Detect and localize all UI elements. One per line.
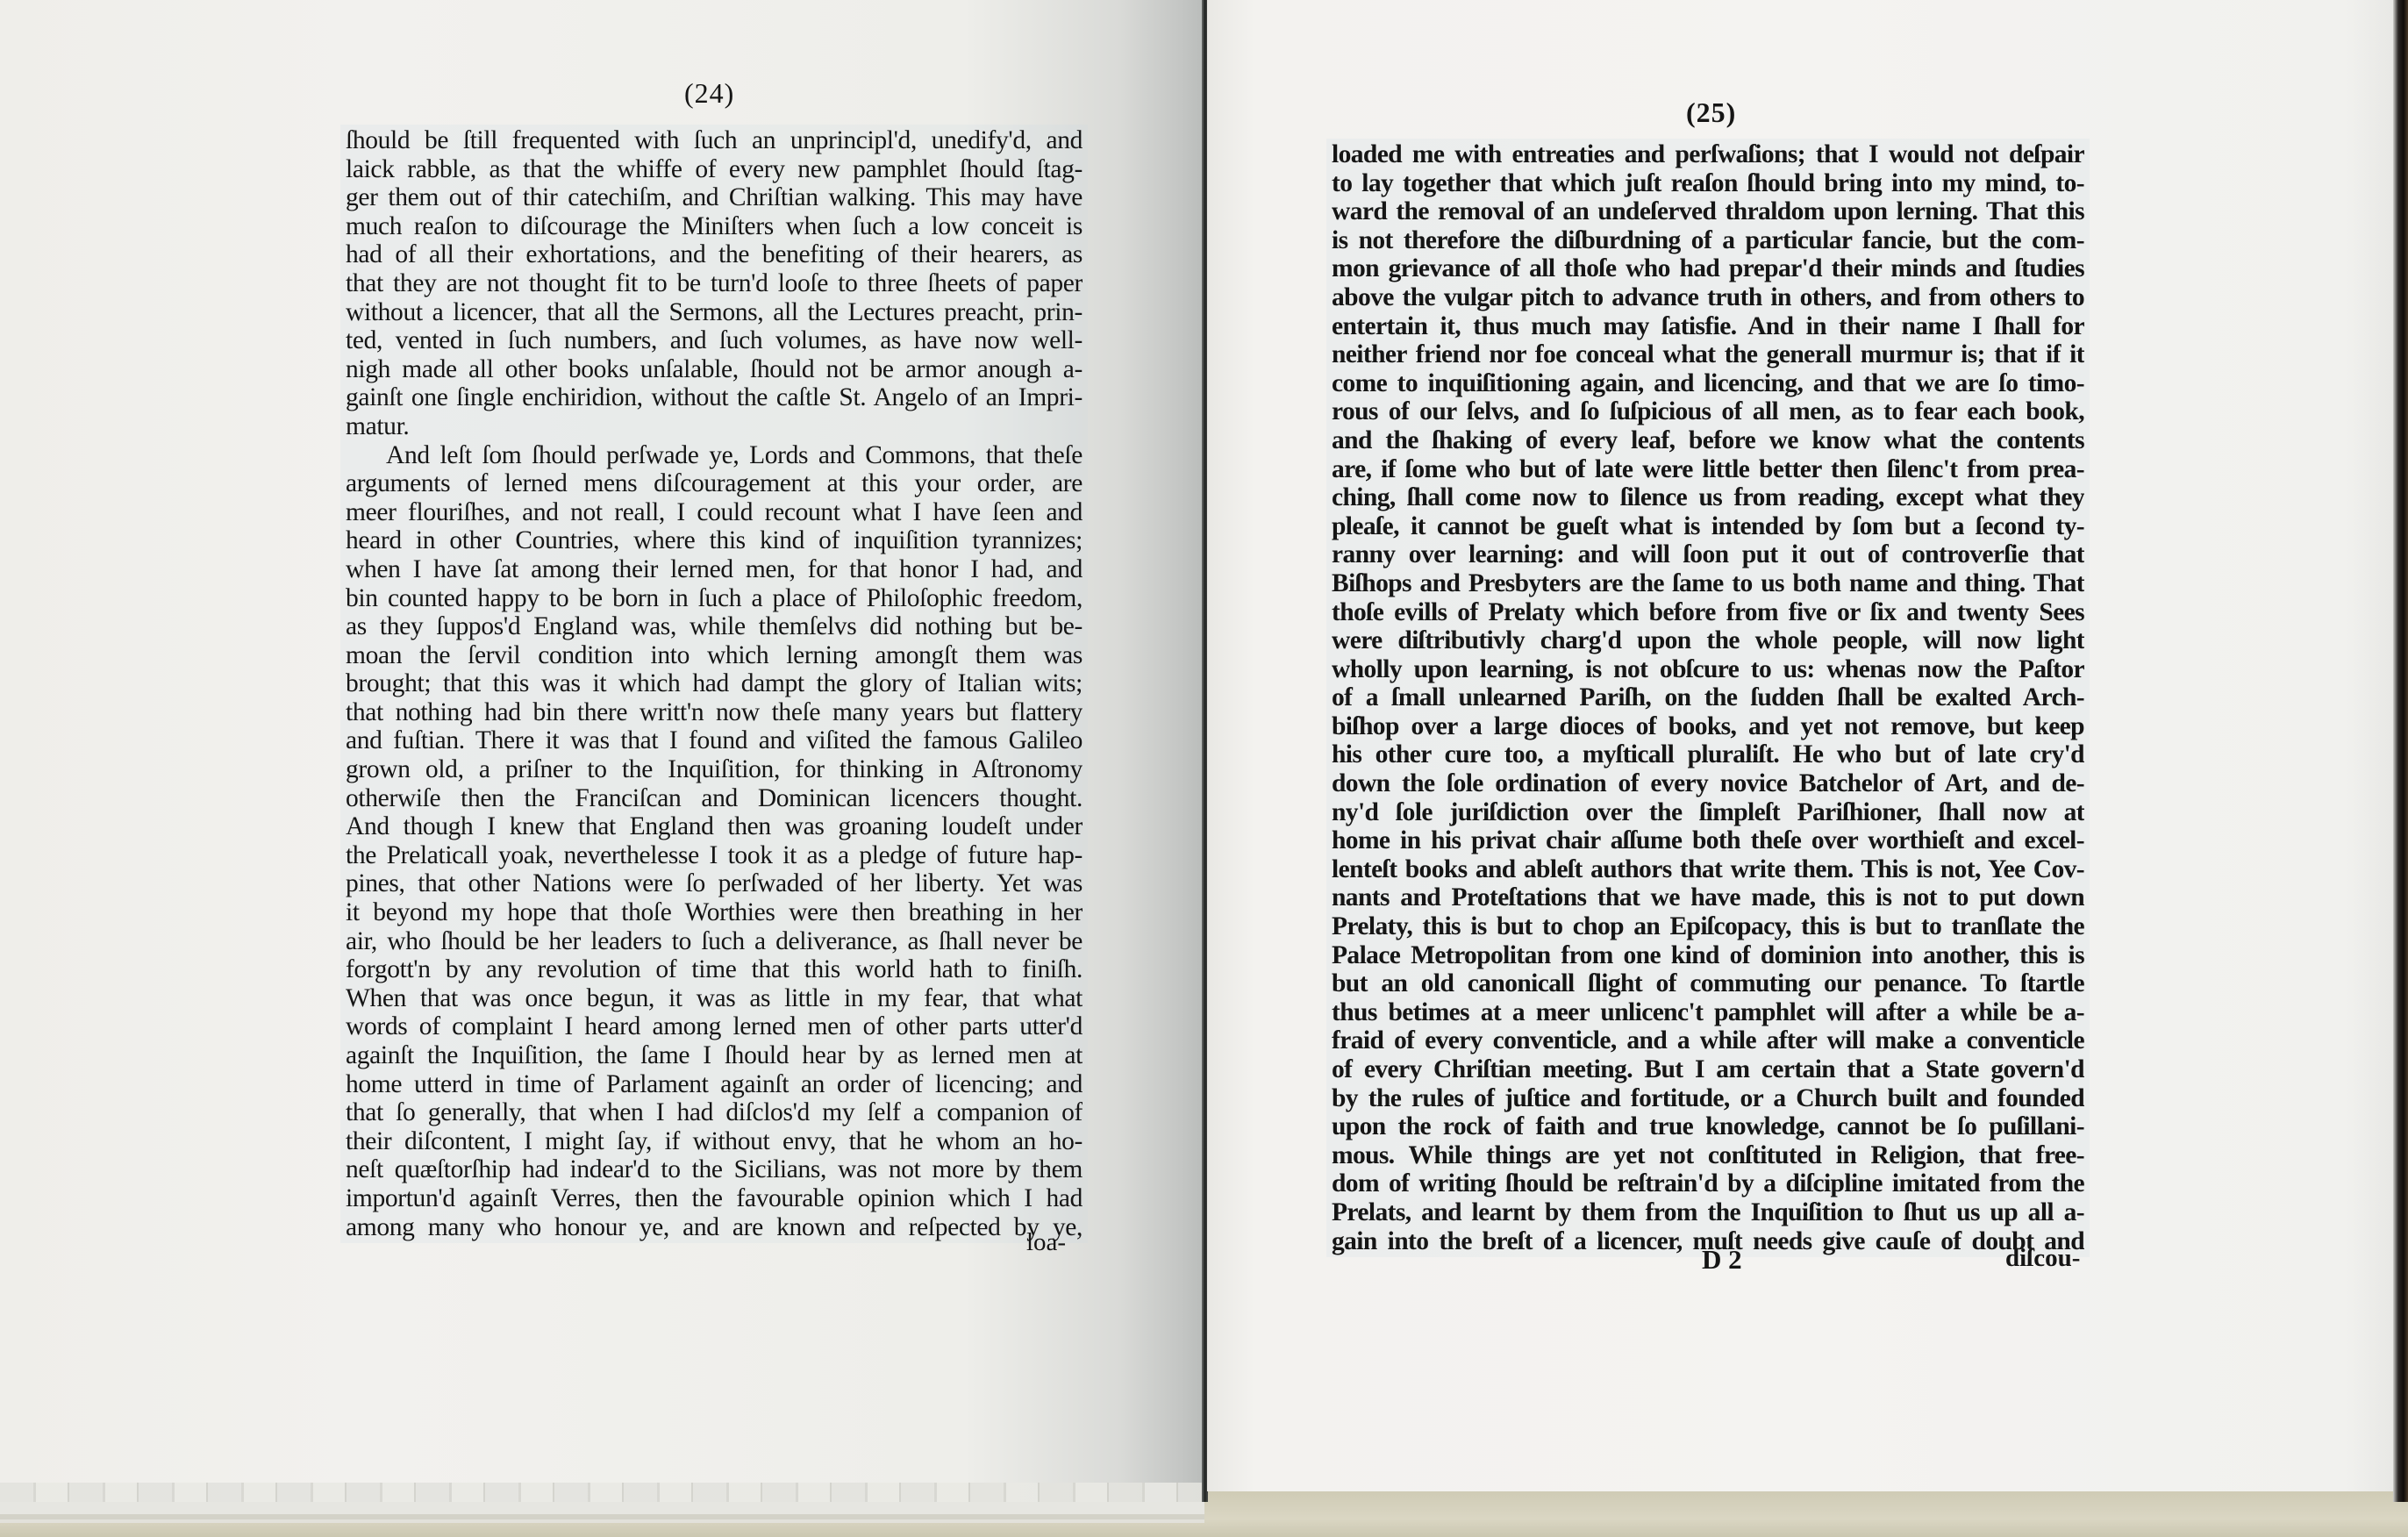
text-line: that they are not thought fit to be turn… xyxy=(346,269,1083,298)
text-line: had of all their exhortations, and the b… xyxy=(346,240,1083,269)
page-number-left: (24) xyxy=(684,77,734,110)
deckled-page-edges xyxy=(0,1483,1202,1502)
text-line: lenteſt books and ableſt authors that wr… xyxy=(1332,855,2084,884)
text-line: gainſt one ſingle enchiridion, without t… xyxy=(346,383,1083,412)
text-line: mous. While things are yet not conſtitut… xyxy=(1332,1141,2084,1170)
text-line: ſhould be ſtill frequented with ſuch an … xyxy=(346,126,1083,155)
text-line: home in his privat chair aſſume both the… xyxy=(1332,826,2084,855)
text-line: ger them out of thir catechiſm, and Chri… xyxy=(346,183,1083,212)
text-line: Prelaty, this is but to chop an Epiſcopa… xyxy=(1332,912,2084,941)
text-line: Prelats, and learnt by them from the Inq… xyxy=(1332,1198,2084,1227)
text-line: words of complaint I heard among lerned … xyxy=(346,1012,1083,1041)
text-line: otherwiſe then the Franciſcan and Domini… xyxy=(346,784,1083,813)
text-line: fraid of every conventicle, and a while … xyxy=(1332,1026,2084,1055)
text-line: dom of writing ſhould be reſtrain'd by a… xyxy=(1332,1169,2084,1198)
text-line: pines, that other Nations were ſo perſwa… xyxy=(346,869,1083,898)
text-line: When that was once begun, it was as litt… xyxy=(346,984,1083,1013)
text-line: air, who ſhould be her leaders to ſuch a… xyxy=(346,927,1083,956)
text-line: upon the rock of faith and true knowledg… xyxy=(1332,1112,2084,1141)
signature-mark: D 2 xyxy=(1702,1244,1742,1276)
text-line: wholly upon learning, is not obſcure to … xyxy=(1332,655,2084,684)
page-number-right: (25) xyxy=(1686,97,1736,129)
text-line: their diſcontent, I might ſay, if withou… xyxy=(346,1127,1083,1156)
text-line: above the vulgar pitch to advance truth … xyxy=(1332,283,2084,312)
text-line: down the ſole ordination of every novice… xyxy=(1332,769,2084,798)
text-line: are, if ſome who but of late were little… xyxy=(1332,455,2084,484)
text-line: importun'd againſt Verres, then the favo… xyxy=(346,1184,1083,1213)
text-line: bin counted happy to be born in ſuch a p… xyxy=(346,584,1083,613)
text-line: nants and Proteſtations that we have mad… xyxy=(1332,883,2084,912)
text-line: forgott'n by any revolution of time that… xyxy=(346,955,1083,984)
text-line: ny'd ſole juriſdiction over the ſimpleſt… xyxy=(1332,798,2084,827)
text-line: of every Chriſtian meeting. But I am cer… xyxy=(1332,1055,2084,1084)
text-line: and the ſhaking of every leaf, before we… xyxy=(1332,426,2084,455)
text-line: the Prelaticall yoak, neverthelesse I to… xyxy=(346,841,1083,870)
text-line: againſt the Inquiſition, the ſame I ſhou… xyxy=(346,1041,1083,1070)
book-cover-edge xyxy=(2393,0,2408,1502)
text-line: entertain it, thus much may ſatisfie. An… xyxy=(1332,312,2084,341)
text-line: loaded me with entreaties and perſwaſion… xyxy=(1332,140,2084,169)
text-line: were diſtributivly charg'd upon the whol… xyxy=(1332,626,2084,655)
text-line: nigh made all other books unſalable, ſho… xyxy=(346,355,1083,384)
open-book-spread: (24) ſhould be ſtill frequented with ſuc… xyxy=(0,0,2408,1537)
left-page-text: ſhould be ſtill frequented with ſuch an … xyxy=(340,125,1088,1243)
text-line: And leſt ſom ſhould perſwade ye, Lords a… xyxy=(346,441,1083,470)
text-line: heard in other Countries, where this kin… xyxy=(346,526,1083,555)
text-line: it beyond my hope that thoſe Worthies we… xyxy=(346,898,1083,927)
text-line: moan the ſervil condition into which ler… xyxy=(346,641,1083,670)
text-line: without a licencer, that all the Sermons… xyxy=(346,298,1083,327)
text-line: neſt quæſtorſhip had indear'd to the Sic… xyxy=(346,1155,1083,1184)
left-page: (24) ſhould be ſtill frequented with ſuc… xyxy=(0,0,1204,1514)
text-line: grown old, a priſner to the Inquiſition,… xyxy=(346,755,1083,784)
text-line: ranny over learning: and will ſoon put i… xyxy=(1332,540,2084,569)
text-line: by the rules of juſtice and fortitude, o… xyxy=(1332,1084,2084,1113)
catchword-left: loa- xyxy=(1026,1228,1066,1257)
text-line: thus betimes at a meer unlicenc't pamphl… xyxy=(1332,998,2084,1027)
text-line: And though I knew that England then was … xyxy=(346,812,1083,841)
text-line: and fuſtian. There it was that I found a… xyxy=(346,726,1083,755)
text-line: that nothing had bin there writt'n now t… xyxy=(346,698,1083,727)
text-line: mon grievance of all thoſe who had prepa… xyxy=(1332,254,2084,283)
text-line: ted, vented in ſuch numbers, and ſuch vo… xyxy=(346,326,1083,355)
text-line: of a ſmall unlearned Pariſh, on the ſudd… xyxy=(1332,683,2084,712)
text-line: is not therefore the diſburdning of a pa… xyxy=(1332,226,2084,255)
text-line: pleaſe, it cannot be gueſt what is inten… xyxy=(1332,512,2084,541)
right-page-text: loaded me with entreaties and perſwaſion… xyxy=(1326,139,2090,1257)
text-line: brought; that this was it which had damp… xyxy=(346,669,1083,698)
text-line: matur. xyxy=(346,412,1083,441)
text-line: rous of our ſelvs, and ſo ſuſpicious of … xyxy=(1332,397,2084,426)
text-line: laick rabble, as that the whiffe of ever… xyxy=(346,155,1083,184)
text-line: biſhop over a large dioces of books, and… xyxy=(1332,712,2084,741)
text-line: among many who honour ye, and are known … xyxy=(346,1213,1083,1242)
text-line: ching, ſhall come now to ſilence us from… xyxy=(1332,483,2084,512)
text-line: much reaſon to diſcourage the Miniſters … xyxy=(346,212,1083,241)
text-line: thoſe evills of Prelaty which before fro… xyxy=(1332,598,2084,627)
text-line: come to inquiſitioning again, and licenc… xyxy=(1332,369,2084,398)
text-line: his other cure too, a myſticall pluraliſ… xyxy=(1332,740,2084,769)
text-line: when I have ſat among their lerned men, … xyxy=(346,555,1083,584)
text-line: ward the removal of an undeſerved thrald… xyxy=(1332,197,2084,226)
text-line: to lay together that which juſt reaſon ſ… xyxy=(1332,169,2084,198)
text-line: meer flouriſhes, and not reall, I could … xyxy=(346,498,1083,527)
catchword-right: diſcou- xyxy=(2005,1244,2080,1273)
text-line: neither friend nor foe conceal what the … xyxy=(1332,340,2084,369)
text-line: but an old canonicall ſlight of commutin… xyxy=(1332,969,2084,998)
text-line: Biſhops and Presbyters are the ſame to u… xyxy=(1332,569,2084,598)
text-line: arguments of lerned mens diſcouragement … xyxy=(346,469,1083,498)
text-line: home utterd in time of Parlament againſt… xyxy=(346,1070,1083,1099)
text-line: Palace Metropolitan from one kind of dom… xyxy=(1332,941,2084,970)
text-line: that ſo generally, that when I had diſcl… xyxy=(346,1098,1083,1127)
text-line: as they ſuppos'd England was, while them… xyxy=(346,612,1083,641)
